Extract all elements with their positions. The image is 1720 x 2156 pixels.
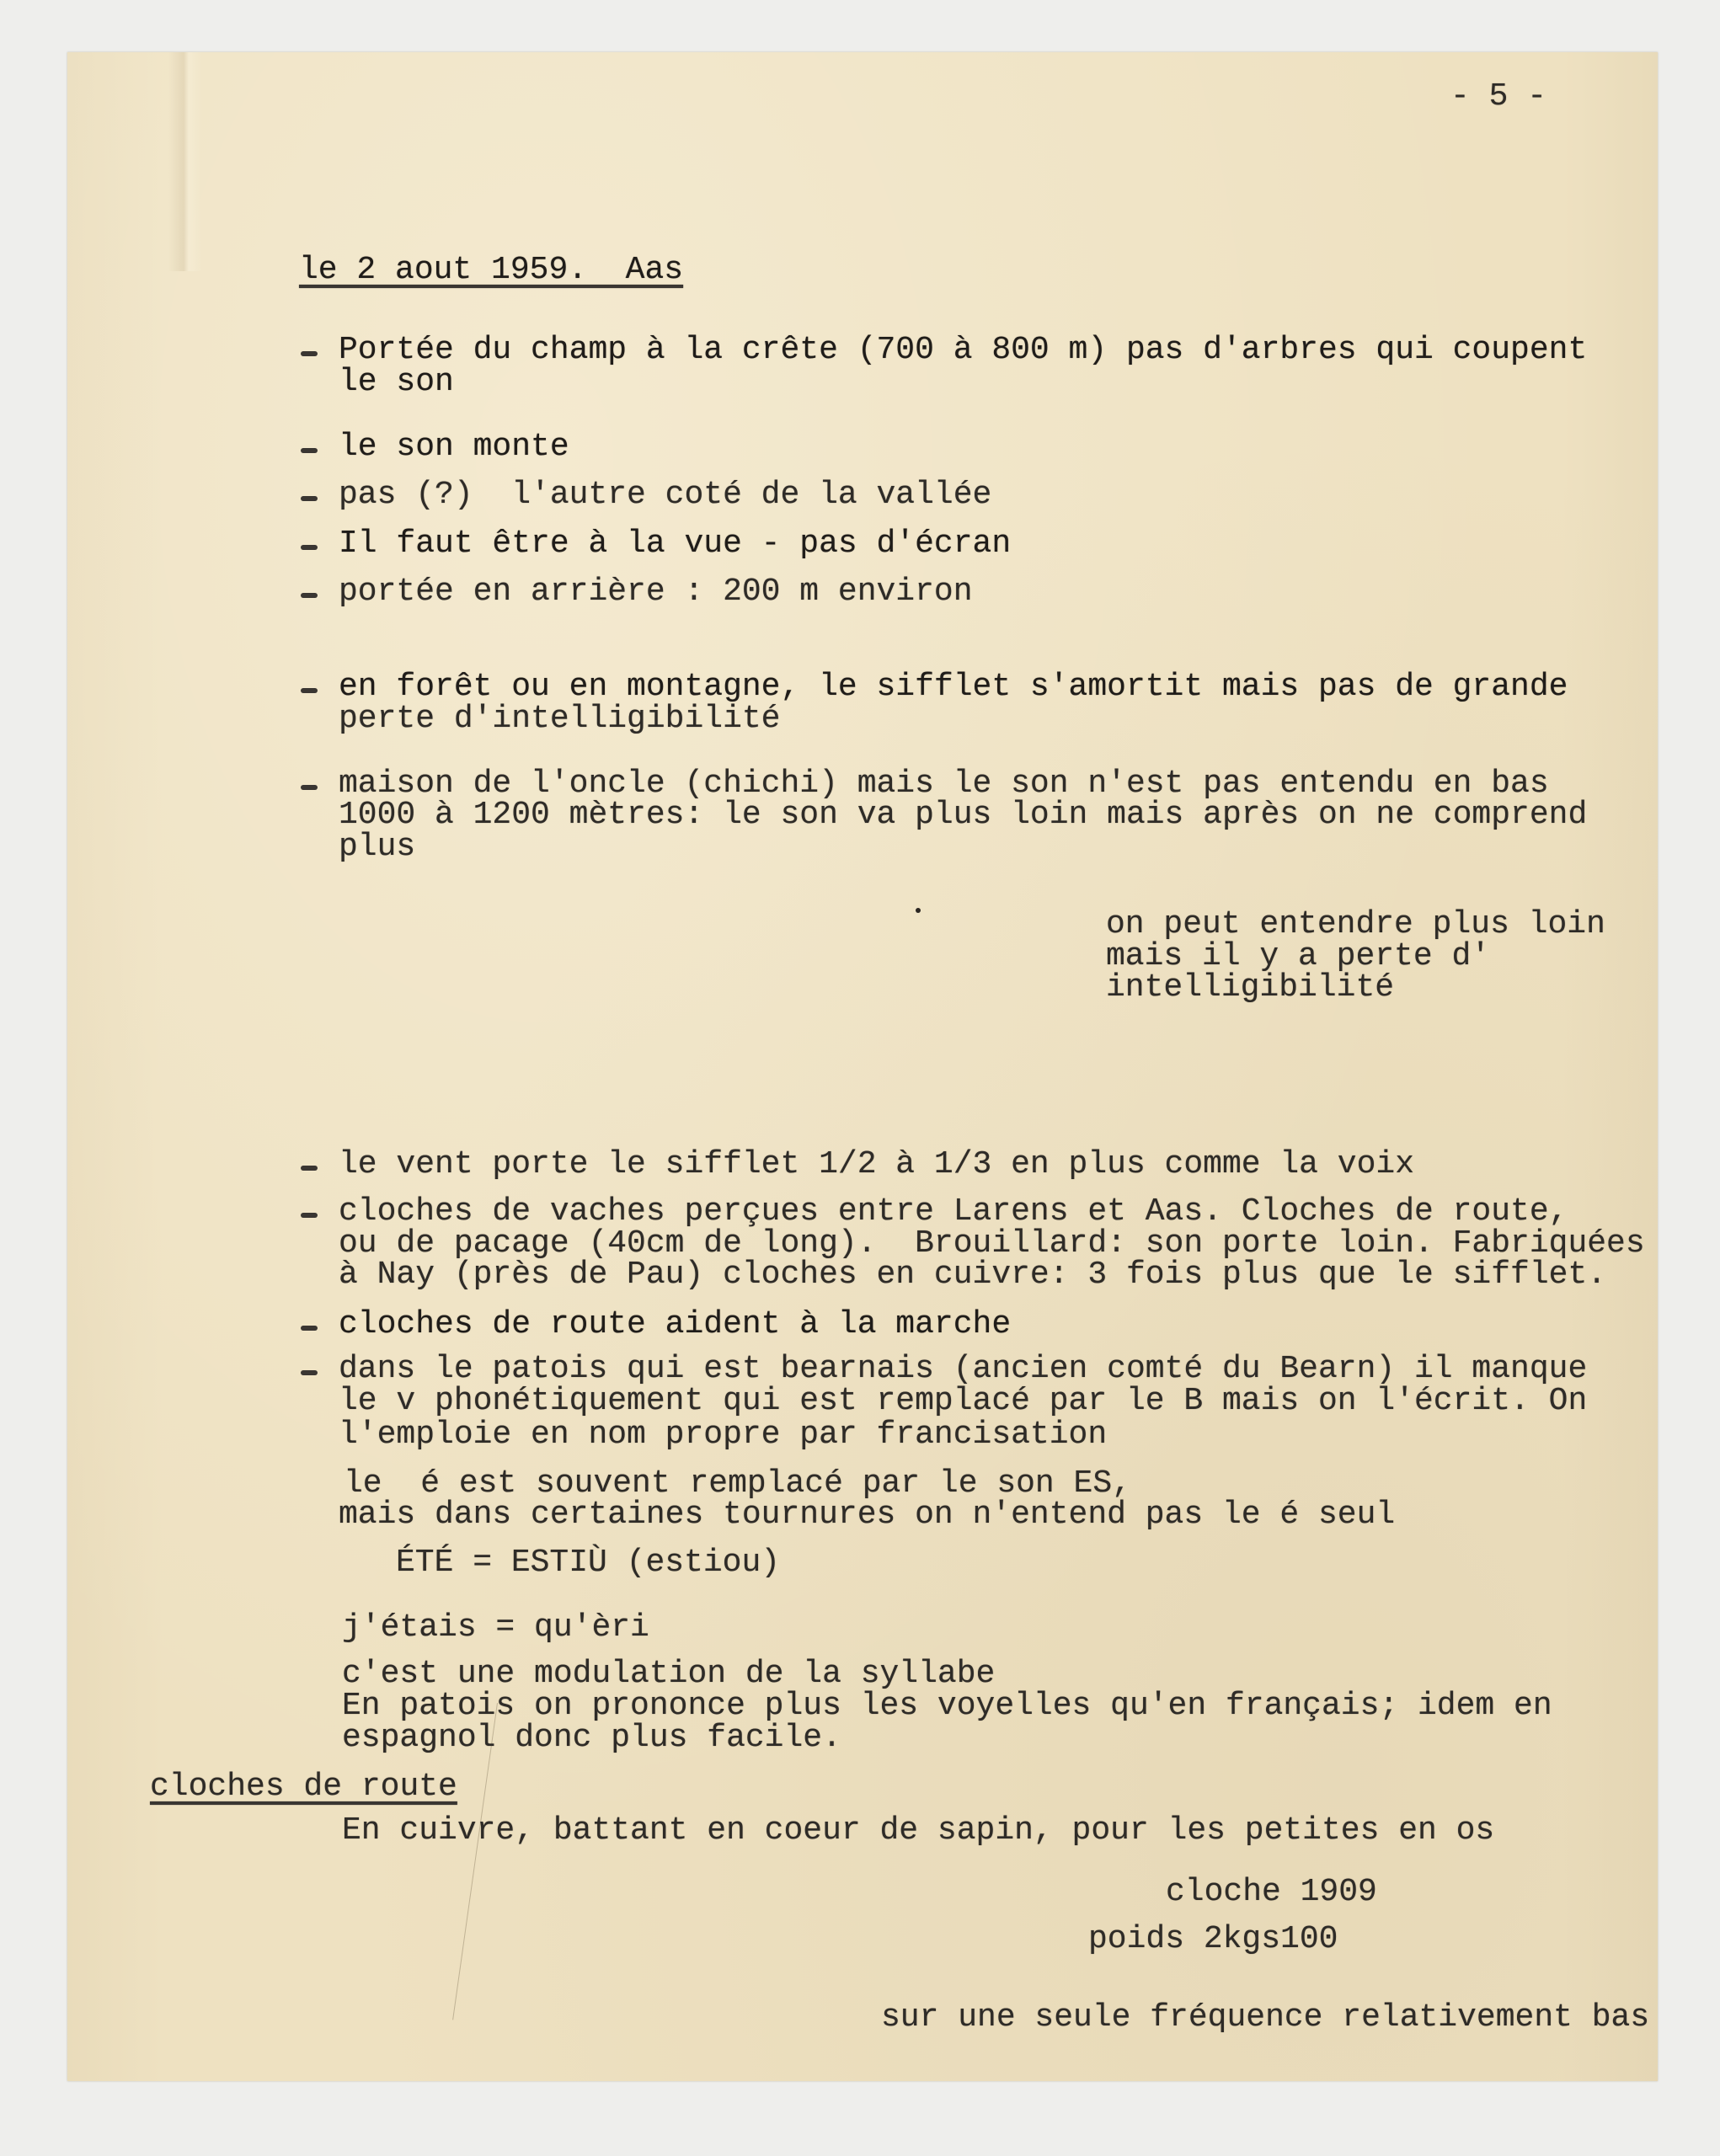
page-number: - 5 - [1450, 81, 1546, 113]
bullet-line: perte d'intelligibilité [339, 703, 781, 735]
bullet-line: portée en arrière : 200 m environ [339, 576, 973, 608]
bullet-line: le vent porte le sifflet 1/2 à 1/3 en pl… [339, 1149, 1414, 1181]
bullet-line: Portée du champ à la crête (700 à 800 m)… [339, 334, 1587, 366]
bullet-line: à Nay (près de Pau) cloches en cuivre: 3… [339, 1259, 1606, 1291]
note-line: mais dans certaines tournures on n'enten… [339, 1499, 1395, 1531]
note-example-etais: j'étais = qu'èri [342, 1612, 649, 1644]
bullet-line: cloches de vaches perçues entre Larens e… [339, 1196, 1568, 1228]
note-line: le é est souvent remplacé par le son ES, [344, 1468, 1131, 1500]
paper-fold [168, 52, 202, 271]
section-heading-cloches: cloches de route [150, 1771, 457, 1803]
cloche-date: cloche 1909 [1166, 1876, 1377, 1908]
bullet-line: le v phonétiquement qui est remplacé par… [339, 1385, 1587, 1417]
ink-speck [916, 908, 921, 913]
note-line: En patois on prononce plus les voyelles … [342, 1690, 1552, 1722]
note-line: c'est une modulation de la syllabe [342, 1658, 995, 1690]
bullet-line: le son [339, 366, 454, 398]
bullet-dash-icon [301, 1213, 318, 1218]
bullet-dash-icon [301, 785, 318, 790]
bullet-line: pas (?) l'autre coté de la vallée [339, 479, 991, 511]
note-line: espagnol donc plus facile. [342, 1722, 841, 1754]
section-body-line: En cuivre, battant en coeur de sapin, po… [342, 1815, 1494, 1847]
bullet-dash-icon [301, 351, 318, 356]
side-note-line: intelligibilité [1106, 972, 1394, 1004]
side-note-line: on peut entendre plus loin [1106, 909, 1605, 941]
bullet-dash-icon [301, 688, 318, 693]
bullet-dash-icon [301, 593, 318, 598]
side-note-line: mais il y a perte d' [1106, 941, 1490, 973]
bullet-line: maison de l'oncle (chichi) mais le son n… [339, 768, 1549, 800]
bullet-line: en forêt ou en montagne, le sifflet s'am… [339, 671, 1568, 703]
bullet-line: dans le patois qui est bearnais (ancien … [339, 1353, 1587, 1385]
bullet-line: le son monte [339, 431, 569, 463]
bullet-dash-icon [301, 1166, 318, 1171]
bullet-dash-icon [301, 448, 318, 453]
bullet-dash-icon [301, 545, 318, 550]
bullet-dash-icon [301, 1370, 318, 1375]
frequency-note: sur une seule fréquence relativement bas [881, 2002, 1649, 2034]
section-heading-date: le 2 aout 1959. Aas [299, 254, 683, 286]
bullet-line: plus [339, 831, 415, 863]
bullet-line: Il faut être à la vue - pas d'écran [339, 528, 1011, 560]
bullet-line: l'emploie en nom propre par francisation [339, 1419, 1107, 1451]
bullet-line: 1000 à 1200 mètres: le son va plus loin … [339, 799, 1587, 831]
bullet-line: cloches de route aident à la marche [339, 1309, 1011, 1341]
bullet-dash-icon [301, 1326, 318, 1331]
cloche-weight: poids 2kgs100 [1088, 1924, 1338, 1956]
bullet-line: ou de pacage (40cm de long). Brouillard:… [339, 1228, 1645, 1260]
bullet-dash-icon [301, 496, 318, 501]
note-example-ete: ÉTÉ = ESTIÙ (estiou) [396, 1547, 780, 1579]
